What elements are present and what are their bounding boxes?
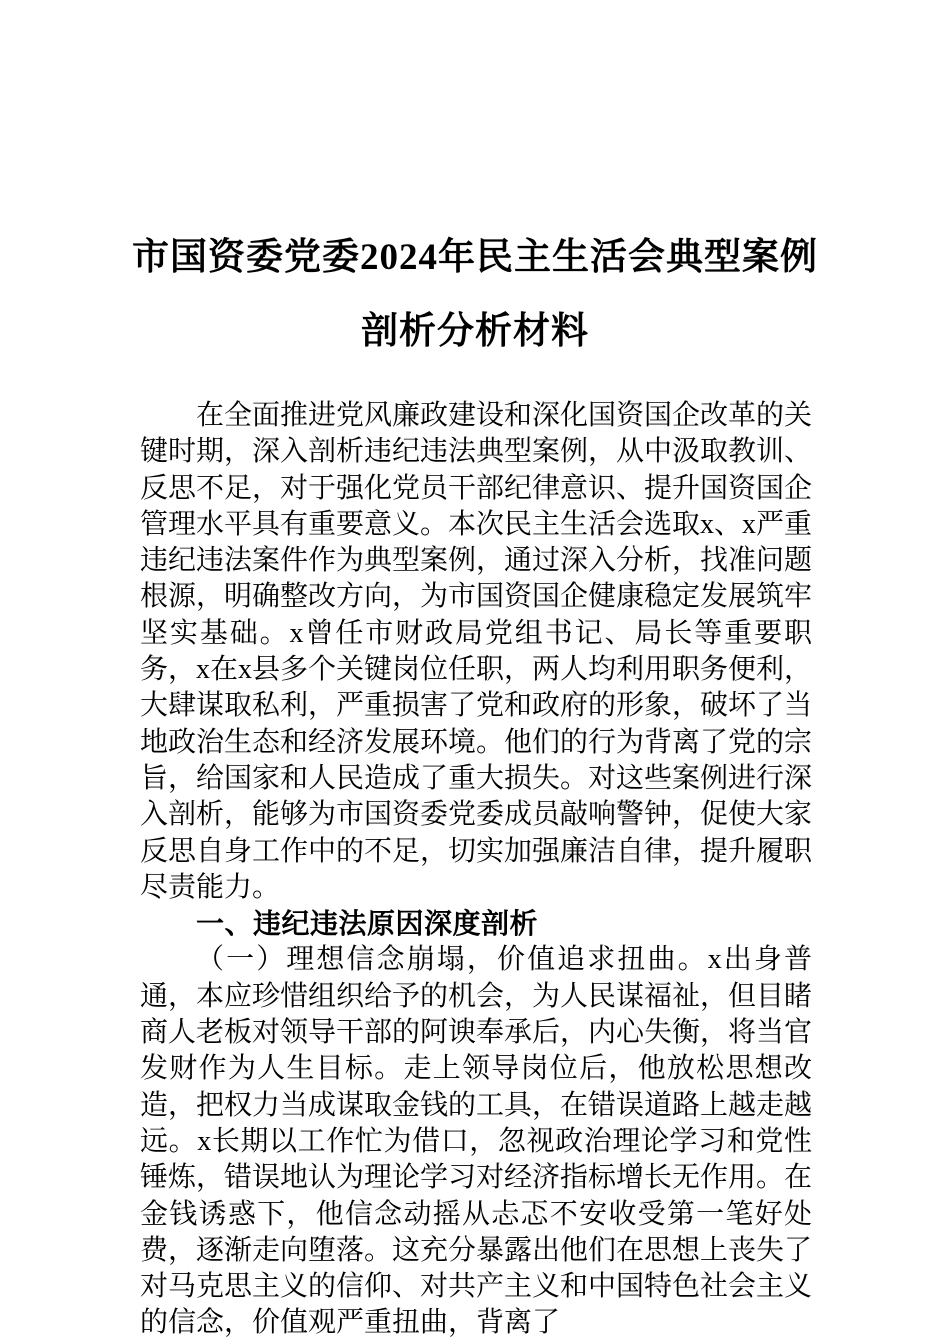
document-title: 市国资委党委2024年民主生活会典型案例 剖析分析材料 [70, 221, 880, 369]
section1-item1-paragraph: （一）理想信念崩塌，价值追求扭曲。x出身普通，本应珍惜组织给予的机会，为人民谋福… [140, 942, 812, 1341]
document-title-line-1: 市国资委党委2024年民主生活会典型案例 [70, 221, 880, 295]
document-title-line-2: 剖析分析材料 [70, 295, 880, 369]
intro-paragraph: 在全面推进党风廉政建设和深化国资国企改革的关键时期，深入剖析违纪违法典型案例，从… [140, 398, 812, 906]
document-body: 在全面推进党风廉政建设和深化国资国企改革的关键时期，深入剖析违纪违法典型案例，从… [140, 398, 812, 1342]
section-heading-1: 一、违纪违法原因深度剖析 [140, 906, 812, 942]
section1-item1-body: x出身普通，本应珍惜组织给予的机会，为人民谋福祉，但目睹商人老板对领导干部的阿谀… [140, 944, 812, 1338]
document-page: 市国资委党委2024年民主生活会典型案例 剖析分析材料 在全面推进党风廉政建设和… [0, 0, 950, 1344]
section1-item1-lead: （一）理想信念崩塌，价值追求扭曲。 [196, 944, 708, 975]
